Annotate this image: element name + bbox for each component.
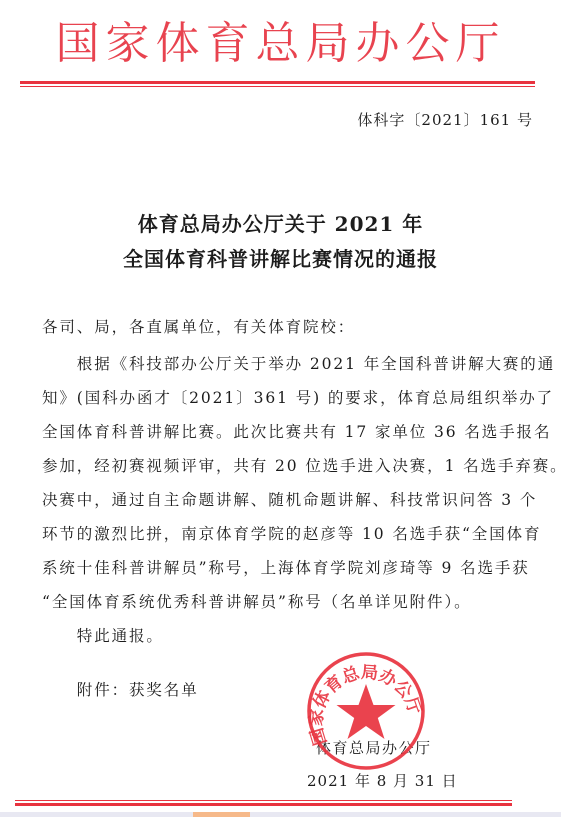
footer-divider-thin [15,800,512,801]
paragraph-line: 系统十佳科普讲解员”称号，上海体育学院刘彦琦等 9 名选手获 [42,556,530,578]
paragraph-line: 环节的激烈比拼，南京体育学院的赵彦等 10 名选手获“全国体育 [42,522,541,544]
paragraph-line: 决赛中，通过自主命题讲解、随机命题讲解、科技常识问答 3 个 [42,488,537,510]
attachment-line: 附件：获奖名单 [42,678,199,700]
star-icon [337,684,396,739]
footer-divider-thick [15,803,512,806]
header-divider-thick [20,81,535,84]
document-number: 体科字〔2021〕161 号 [357,109,533,130]
document-title-line-2: 全国体育科普讲解比赛情况的通报 [0,243,561,272]
paragraph-line: 根据《科技部办公厅关于举办 2021 年全国科普讲解大赛的通 [42,352,555,374]
paragraph-line: 参加，经初赛视频评审，共有 20 位选手进入决赛，1 名选手弃赛。 [42,454,561,476]
header-divider-thin [20,86,535,87]
masthead-title: 国家体育总局办公厅 [0,18,561,70]
paragraph-line: “全国体育系统优秀科普讲解员”称号（名单详见附件）。 [42,590,472,612]
viewer-bottom-strip [0,812,561,817]
paragraph-line: 知》(国科办函才〔2021〕361 号) 的要求，体育总局组织举办了 [42,386,554,408]
document-title-line-1: 体育总局办公厅关于 2021 年 [0,208,561,237]
official-seal-icon: 国家体育总局办公厅 [305,650,427,772]
viewer-bottom-tab [193,812,250,817]
paragraph-line: 全国体育科普讲解比赛。此次比赛共有 17 家单位 36 名选手报名 [42,420,551,442]
signature-date: 2021 年 8 月 31 日 [307,770,458,791]
salutation: 各司、局，各直属单位，有关体育院校： [42,315,355,337]
closing-line: 特此通报。 [42,624,164,646]
